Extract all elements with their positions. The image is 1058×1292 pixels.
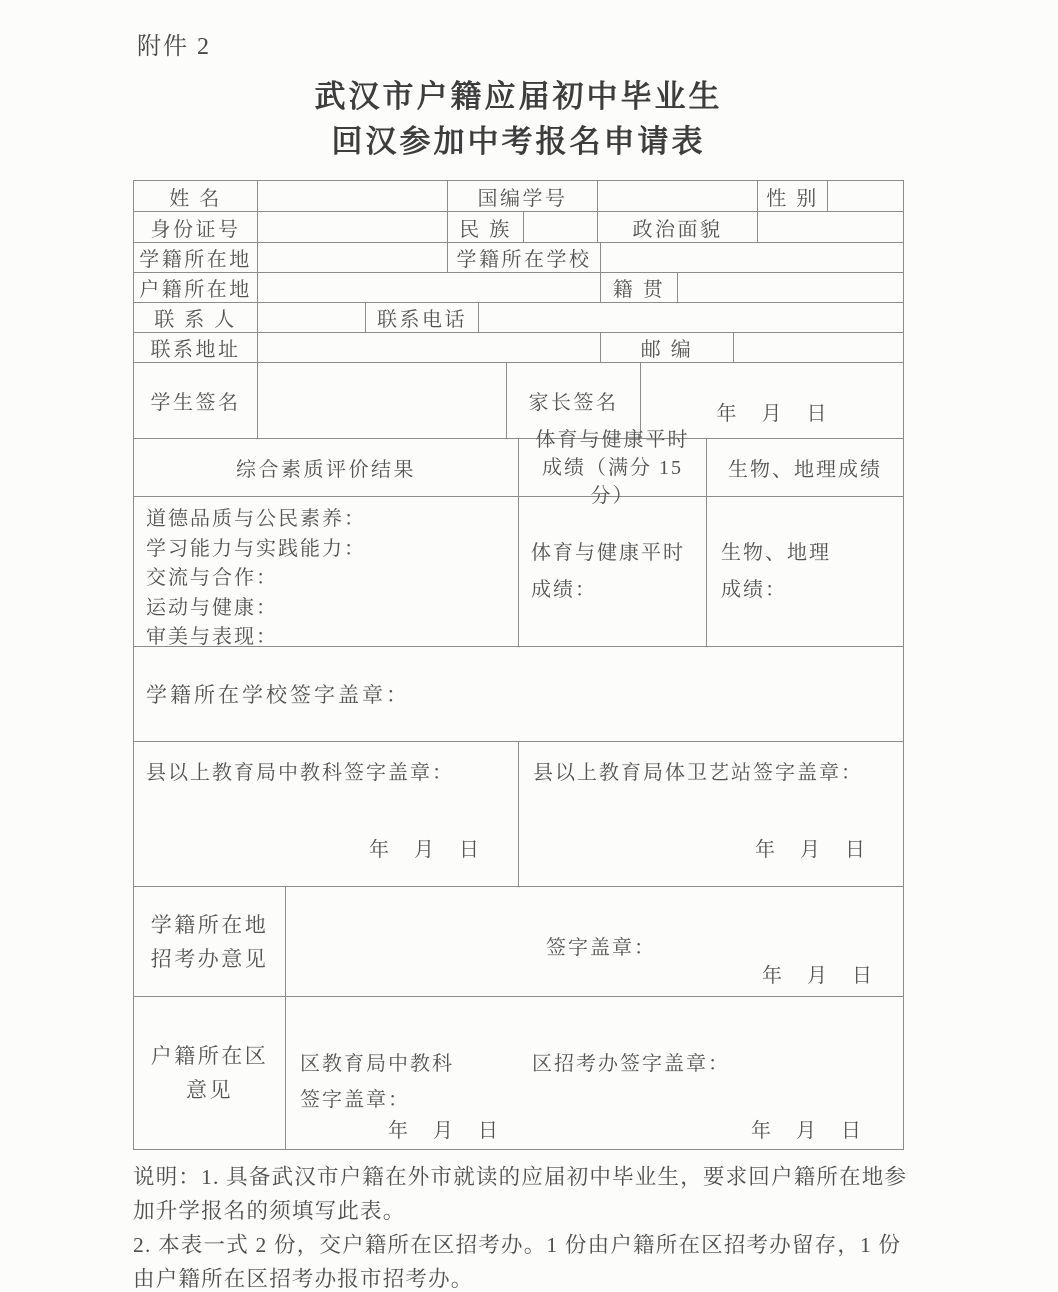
- row-score-headers: 综合素质评价结果 体育与健康平时成绩（满分 15 分） 生物、地理成绩: [134, 439, 904, 497]
- row-contact-person-phone: 联 系 人 联系电话: [134, 303, 904, 333]
- name-label: 姓 名: [134, 181, 258, 212]
- student-registration-school-value-cell: [601, 243, 904, 273]
- bio-geo-score-header: 生物、地理成绩: [707, 439, 904, 497]
- school-place-office-date-label: 年 月 日: [762, 959, 873, 988]
- row-score-detail: 道德品质与公民素养： 学习能力与实践能力： 交流与合作： 运动与健康： 审美与表…: [134, 497, 904, 647]
- quality-item-moral: 道德品质与公民素养：: [146, 505, 366, 535]
- attachment-label: 附件 2: [137, 26, 211, 61]
- row-school-seal: 学籍所在学校签字盖章：: [134, 647, 904, 742]
- row-signatures: 学生签名 家长签名 年 月 日: [134, 363, 904, 439]
- contact-phone-label: 联系电话: [366, 303, 479, 333]
- row-county-seals: 县以上教育局中教科签字盖章： 年 月 日 县以上教育局体卫艺站签字盖章： 年 月…: [134, 742, 904, 887]
- county-edu-date-label: 年 月 日: [369, 833, 480, 862]
- row-student-registration: 学籍所在地 学籍所在学校: [134, 243, 904, 273]
- ethnicity-value-cell: [524, 212, 598, 243]
- county-edu-sign-cell: 县以上教育局中教科签字盖章： 年 月 日: [134, 742, 519, 887]
- row-contact-address-postal: 联系地址 邮 编: [134, 333, 904, 363]
- student-signature-label: 学生签名: [134, 363, 258, 439]
- note-2: 2. 本表一式 2 份，交户籍所在区招考办。1 份由户籍所在区招考办留存，1 份…: [133, 1228, 909, 1292]
- school-place-office-label-line1: 学籍所在地: [151, 908, 269, 942]
- contact-person-value-cell: [258, 303, 366, 333]
- note-1: 说明：1. 具备武汉市户籍在外市就读的应届初中毕业生，要求回户籍所在地参加升学报…: [133, 1160, 909, 1228]
- contact-phone-value-cell: [479, 303, 904, 333]
- comprehensive-quality-items-cell: 道德品质与公民素养： 学习能力与实践能力： 交流与合作： 运动与健康： 审美与表…: [134, 497, 519, 647]
- form-notes: 说明：1. 具备武汉市户籍在外市就读的应届初中毕业生，要求回户籍所在地参加升学报…: [133, 1160, 909, 1292]
- contact-person-label: 联 系 人: [134, 303, 258, 333]
- pe-health-score-fill-cell: 体育与健康平时成绩：: [519, 497, 707, 647]
- household-district-label-line2: 意见: [186, 1073, 233, 1107]
- postal-code-value-cell: [734, 333, 904, 363]
- household-district-label: 户籍所在区 意见: [134, 997, 286, 1150]
- quality-item-communication: 交流与合作：: [146, 564, 278, 594]
- household-registration-place-label: 户籍所在地: [134, 273, 258, 303]
- quality-item-sports: 运动与健康：: [146, 594, 278, 624]
- household-registration-place-value-cell: [258, 273, 601, 303]
- form-title-line2: 回汉参加中考报名申请表: [133, 119, 904, 164]
- native-place-value-cell: [678, 273, 904, 303]
- district-office-sign-label: 区招考办签字盖章：: [532, 1047, 730, 1076]
- native-place-label: 籍 贯: [601, 273, 678, 303]
- signature-date-label: 年 月 日: [717, 397, 828, 426]
- row-name-id-gender: 姓 名 国编学号 性 别: [134, 181, 904, 212]
- student-registration-school-label: 学籍所在学校: [448, 243, 601, 273]
- household-district-opinion-cell: 区教育局中教科 区招考办签字盖章： 签字盖章： 年 月 日 年 月 日: [286, 997, 904, 1150]
- row-household-district-opinion: 户籍所在区 意见 区教育局中教科 区招考办签字盖章： 签字盖章： 年 月 日 年…: [134, 997, 904, 1150]
- national-student-id-label: 国编学号: [448, 181, 598, 212]
- pe-health-score-header: 体育与健康平时成绩（满分 15 分）: [519, 439, 707, 497]
- form-title: 武汉市户籍应届初中毕业生 回汉参加中考报名申请表: [133, 74, 904, 164]
- county-edu-sign-label: 县以上教育局中教科签字盖章：: [146, 756, 454, 785]
- county-sports-sign-cell: 县以上教育局体卫艺站签字盖章： 年 月 日: [519, 742, 904, 887]
- bio-geo-score-line1: 生物、地理: [721, 535, 831, 572]
- name-value-cell: [258, 181, 448, 212]
- county-sports-date-label: 年 月 日: [755, 833, 866, 862]
- district-edu-label-line1: 区教育局中教科: [300, 1047, 454, 1076]
- row-idcard-ethnicity-political: 身份证号 民 族 政治面貌: [134, 212, 904, 243]
- student-registration-place-label: 学籍所在地: [134, 243, 258, 273]
- quality-item-learning: 学习能力与实践能力：: [146, 535, 366, 565]
- political-status-value-cell: [758, 212, 904, 243]
- application-form-table: 姓 名 国编学号 性 别 身份证号 民 族 政治面貌 学籍所在地 学籍所在学校 …: [133, 180, 904, 1150]
- county-sports-sign-label: 县以上教育局体卫艺站签字盖章：: [533, 756, 863, 785]
- national-student-id-value-cell: [598, 181, 758, 212]
- comprehensive-quality-header: 综合素质评价结果: [134, 439, 519, 497]
- district-edu-date-label: 年 月 日: [388, 1114, 499, 1143]
- political-status-label: 政治面貌: [598, 212, 758, 243]
- school-sign-seal-cell: 学籍所在学校签字盖章：: [134, 647, 904, 742]
- school-place-office-opinion-cell: 签字盖章： 年 月 日: [286, 887, 904, 997]
- form-title-line1: 武汉市户籍应届初中毕业生: [133, 74, 904, 119]
- bio-geo-score-line2: 成绩：: [721, 572, 787, 609]
- school-place-office-sign-seal-label: 签字盖章：: [546, 931, 656, 960]
- gender-label: 性 别: [758, 181, 828, 212]
- postal-code-label: 邮 编: [601, 333, 734, 363]
- student-signature-value-cell: [258, 363, 507, 439]
- school-place-office-label-line2: 招考办意见: [151, 942, 269, 976]
- id-card-value-cell: [258, 212, 448, 243]
- contact-address-label: 联系地址: [134, 333, 258, 363]
- bio-geo-score-fill-cell: 生物、地理 成绩：: [707, 497, 904, 647]
- ethnicity-label: 民 族: [448, 212, 524, 243]
- student-registration-place-value-cell: [258, 243, 448, 273]
- row-household-registration: 户籍所在地 籍 贯: [134, 273, 904, 303]
- school-place-office-label: 学籍所在地 招考办意见: [134, 887, 286, 997]
- contact-address-value-cell: [258, 333, 601, 363]
- id-card-label: 身份证号: [134, 212, 258, 243]
- row-school-place-office-opinion: 学籍所在地 招考办意见 签字盖章： 年 月 日: [134, 887, 904, 997]
- household-district-label-line1: 户籍所在区: [151, 1039, 269, 1073]
- district-edu-label-line2: 签字盖章：: [300, 1083, 410, 1112]
- district-office-date-label: 年 月 日: [751, 1114, 862, 1143]
- gender-value-cell: [828, 181, 904, 212]
